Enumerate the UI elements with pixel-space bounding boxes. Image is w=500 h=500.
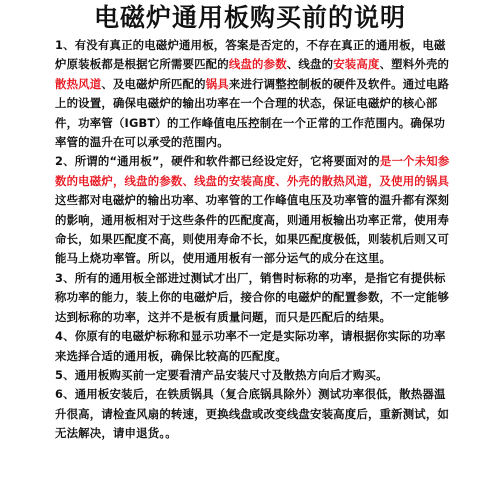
highlight-cooling-duct: 散热风道	[55, 77, 101, 91]
text-segment: 、及电磁炉所匹配的	[101, 77, 205, 91]
text-segment: 5、通用板购买前一定要看清产品安装尺寸及散热方向后才购买。	[55, 368, 388, 382]
paragraph-6: 6、通用板安装后，在铁质锅具（复合底锅具除外）测试功率很低，散热器温升很高，请检…	[55, 385, 455, 443]
highlight-coil-params: 线盘的参数	[229, 57, 287, 71]
paragraph-2: 2、所谓的“通用板”，硬件和软件都已经设定好，它将要面对的是一个未知参数的电磁炉…	[55, 152, 455, 268]
paragraph-1: 1、有没有真正的电磁炉通用板，答案是否定的，不存在真正的通用板，电磁炉原装板都是…	[55, 36, 455, 152]
document-body: 1、有没有真正的电磁炉通用板，答案是否定的，不存在真正的通用板，电磁炉原装板都是…	[55, 36, 455, 444]
paragraph-4: 4、你原有的电磁炉标称和显示功率不一定是实际功率，请根据你实际的功率来选择合适的…	[55, 327, 455, 366]
text-segment: 2、所谓的“通用板”，硬件和软件都已经设定好，它将要面对的	[55, 154, 380, 168]
paragraph-5: 5、通用板购买前一定要看清产品安装尺寸及散热方向后才购买。	[55, 366, 455, 385]
highlight-install-height: 安装高度	[333, 57, 379, 71]
highlight-cookware: 锅具	[206, 77, 229, 91]
text-segment: 3、所有的通用板全部进过测试才出厂，销售时标称的功率，是指它有提供标称功率的能力…	[55, 271, 449, 324]
text-segment: 4、你原有的电磁炉标称和显示功率不一定是实际功率，请根据你实际的功率来选择合适的…	[55, 329, 446, 362]
text-segment: 、线盘的	[287, 57, 333, 71]
text-segment: 6、通用板安装后，在铁质锅具（复合底锅具除外）测试功率很低，散热器温升很高，请检…	[55, 387, 449, 440]
page-title: 电磁炉通用板购买前的说明	[0, 2, 500, 34]
text-segment: 、塑料外壳的	[380, 57, 450, 71]
text-segment: 这些都对电磁炉的输出功率、功率管的工作峰值电压及功率管的温升都有深刻的影响，通用…	[55, 193, 449, 265]
paragraph-3: 3、所有的通用板全部进过测试才出厂，销售时标称的功率，是指它有提供标称功率的能力…	[55, 269, 455, 327]
